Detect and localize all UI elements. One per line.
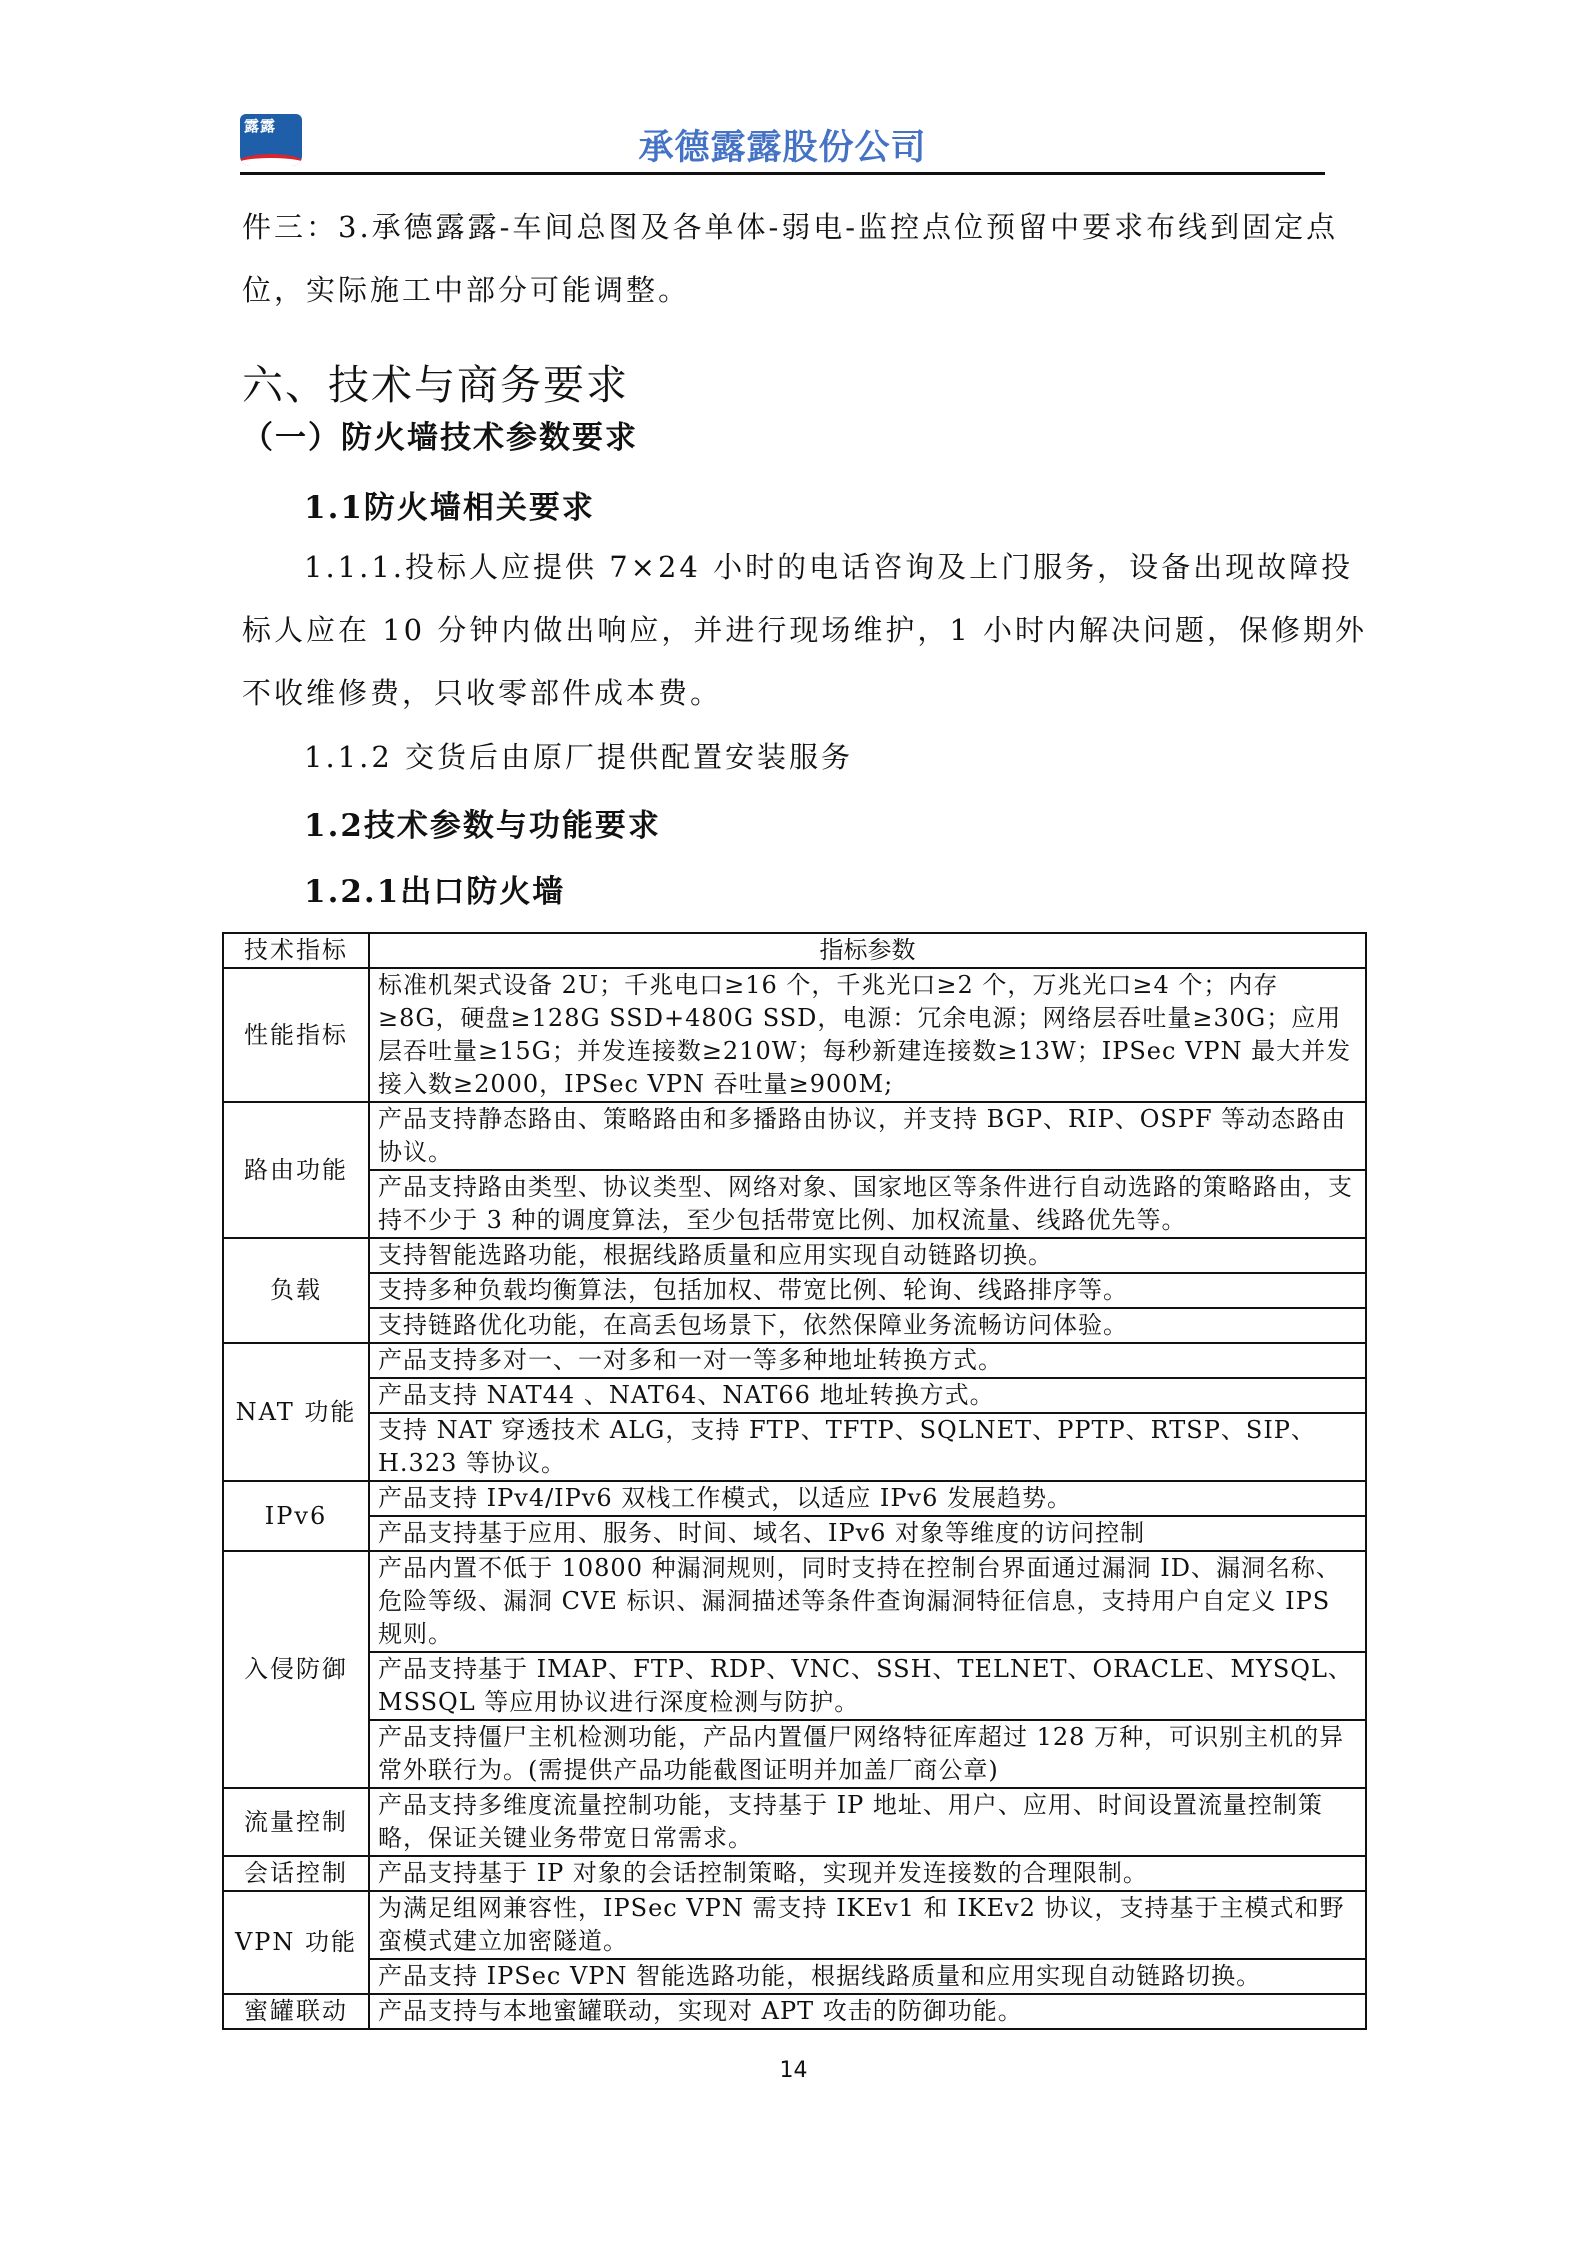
header-parameters: 指标参数 xyxy=(369,933,1366,968)
parameter-cell: 标准机架式设备 2U；千兆电口≥16 个，千兆光口≥2 个，万兆光口≥4 个；内… xyxy=(369,968,1366,1102)
parameter-cell: 产品支持 IPv4/IPv6 双栈工作模式，以适应 IPv6 发展趋势。 xyxy=(369,1481,1366,1516)
parameter-cell: 产品支持基于应用、服务、时间、域名、IPv6 对象等维度的访问控制 xyxy=(369,1516,1366,1551)
table-row: 产品支持基于应用、服务、时间、域名、IPv6 对象等维度的访问控制 xyxy=(223,1516,1366,1551)
category-cell: 蜜罐联动 xyxy=(223,1994,369,2029)
header-category: 技术指标 xyxy=(223,933,369,968)
category-cell: IPv6 xyxy=(223,1481,369,1551)
page-number: 14 xyxy=(0,2058,1587,2083)
category-cell: VPN 功能 xyxy=(223,1891,369,1994)
table-row: 产品支持路由类型、协议类型、网络对象、国家地区等条件进行自动选路的策略路由，支持… xyxy=(223,1170,1366,1238)
table-row: VPN 功能为满足组网兼容性，IPSec VPN 需支持 IKEv1 和 IKE… xyxy=(223,1891,1366,1959)
heading-1-2-1: 1.2.1出口防火墙 xyxy=(304,866,565,911)
table-header-row: 技术指标 指标参数 xyxy=(223,933,1366,968)
table-row: 产品支持僵尸主机检测功能，产品内置僵尸网络特征库超过 128 万种，可识别主机的… xyxy=(223,1720,1366,1788)
table-row: 负载支持智能选路功能，根据线路质量和应用实现自动链路切换。 xyxy=(223,1238,1366,1273)
table-row: 路由功能产品支持静态路由、策略路由和多播路由协议，并支持 BGP、RIP、OSP… xyxy=(223,1102,1366,1170)
parameter-cell: 产品支持基于 IP 对象的会话控制策略，实现并发连接数的合理限制。 xyxy=(369,1856,1366,1891)
parameter-cell: 产品支持多维度流量控制功能，支持基于 IP 地址、用户、应用、时间设置流量控制策… xyxy=(369,1788,1366,1856)
table-row: 支持多种负载均衡算法，包括加权、带宽比例、轮询、线路排序等。 xyxy=(223,1273,1366,1308)
parameter-cell: 产品支持僵尸主机检测功能，产品内置僵尸网络特征库超过 128 万种，可识别主机的… xyxy=(369,1720,1366,1788)
heading-1-2: 1.2技术参数与功能要求 xyxy=(304,800,661,845)
parameter-cell: 支持链路优化功能，在高丢包场景下，依然保障业务流畅访问体验。 xyxy=(369,1308,1366,1343)
parameter-cell: 支持 NAT 穿透技术 ALG，支持 FTP、TFTP、SQLNET、PPTP、… xyxy=(369,1413,1366,1481)
subsection-title: （一）防火墙技术参数要求 xyxy=(242,412,638,457)
table-row: 蜜罐联动产品支持与本地蜜罐联动，实现对 APT 攻击的防御功能。 xyxy=(223,1994,1366,2029)
page-header: 露露 承德露露股份公司 xyxy=(240,108,1325,174)
table-row: 会话控制产品支持基于 IP 对象的会话控制策略，实现并发连接数的合理限制。 xyxy=(223,1856,1366,1891)
category-cell: 流量控制 xyxy=(223,1788,369,1856)
parameter-cell: 产品支持基于 IMAP、FTP、RDP、VNC、SSH、TELNET、ORACL… xyxy=(369,1652,1366,1720)
category-cell: 性能指标 xyxy=(223,968,369,1102)
header-divider xyxy=(240,172,1325,175)
para-1-1-1-line-2: 标人应在 10 分钟内做出响应，并进行现场维护，1 小时内解决问题，保修期外 xyxy=(242,608,1367,652)
section-title: 六、技术与商务要求 xyxy=(242,352,629,411)
table-row: 产品支持 NAT44 、NAT64、NAT66 地址转换方式。 xyxy=(223,1378,1366,1413)
category-cell: NAT 功能 xyxy=(223,1343,369,1481)
table-row: 支持 NAT 穿透技术 ALG，支持 FTP、TFTP、SQLNET、PPTP、… xyxy=(223,1413,1366,1481)
parameter-cell: 产品支持静态路由、策略路由和多播路由协议，并支持 BGP、RIP、OSPF 等动… xyxy=(369,1102,1366,1170)
parameter-cell: 产品支持 NAT44 、NAT64、NAT66 地址转换方式。 xyxy=(369,1378,1366,1413)
intro-line-2: 位，实际施工中部分可能调整。 xyxy=(242,268,690,312)
category-cell: 会话控制 xyxy=(223,1856,369,1891)
table-row: 入侵防御产品内置不低于 10800 种漏洞规则，同时支持在控制台界面通过漏洞 I… xyxy=(223,1551,1366,1652)
parameter-cell: 产品支持 IPSec VPN 智能选路功能，根据线路质量和应用实现自动链路切换。 xyxy=(369,1959,1366,1994)
parameter-cell: 支持智能选路功能，根据线路质量和应用实现自动链路切换。 xyxy=(369,1238,1366,1273)
parameter-cell: 支持多种负载均衡算法，包括加权、带宽比例、轮询、线路排序等。 xyxy=(369,1273,1366,1308)
parameter-cell: 产品支持路由类型、协议类型、网络对象、国家地区等条件进行自动选路的策略路由，支持… xyxy=(369,1170,1366,1238)
company-name: 承德露露股份公司 xyxy=(240,120,1325,170)
parameter-cell: 为满足组网兼容性，IPSec VPN 需支持 IKEv1 和 IKEv2 协议，… xyxy=(369,1891,1366,1959)
parameter-cell: 产品支持多对一、一对多和一对一等多种地址转换方式。 xyxy=(369,1343,1366,1378)
table-row: NAT 功能产品支持多对一、一对多和一对一等多种地址转换方式。 xyxy=(223,1343,1366,1378)
table-row: IPv6产品支持 IPv4/IPv6 双栈工作模式，以适应 IPv6 发展趋势。 xyxy=(223,1481,1366,1516)
para-1-1-1-line-1: 1.1.1.投标人应提供 7×24 小时的电话咨询及上门服务，设备出现故障投 xyxy=(304,545,1353,589)
parameter-cell: 产品支持与本地蜜罐联动，实现对 APT 攻击的防御功能。 xyxy=(369,1994,1366,2029)
table-row: 支持链路优化功能，在高丢包场景下，依然保障业务流畅访问体验。 xyxy=(223,1308,1366,1343)
table-row: 产品支持基于 IMAP、FTP、RDP、VNC、SSH、TELNET、ORACL… xyxy=(223,1652,1366,1720)
table-row: 流量控制产品支持多维度流量控制功能，支持基于 IP 地址、用户、应用、时间设置流… xyxy=(223,1788,1366,1856)
table-row: 性能指标标准机架式设备 2U；千兆电口≥16 个，千兆光口≥2 个，万兆光口≥4… xyxy=(223,968,1366,1102)
para-1-1-2: 1.1.2 交货后由原厂提供配置安装服务 xyxy=(304,735,853,779)
intro-line-1: 件三：3.承德露露-车间总图及各单体-弱电-监控点位预留中要求布线到固定点 xyxy=(242,205,1338,249)
table-row: 产品支持 IPSec VPN 智能选路功能，根据线路质量和应用实现自动链路切换。 xyxy=(223,1959,1366,1994)
firewall-spec-table: 技术指标 指标参数 性能指标标准机架式设备 2U；千兆电口≥16 个，千兆光口≥… xyxy=(222,932,1367,2030)
heading-1-1: 1.1防火墙相关要求 xyxy=(304,482,595,527)
parameter-cell: 产品内置不低于 10800 种漏洞规则，同时支持在控制台界面通过漏洞 ID、漏洞… xyxy=(369,1551,1366,1652)
category-cell: 入侵防御 xyxy=(223,1551,369,1788)
category-cell: 负载 xyxy=(223,1238,369,1343)
para-1-1-1-line-3: 不收维修费，只收零部件成本费。 xyxy=(242,671,722,715)
category-cell: 路由功能 xyxy=(223,1102,369,1238)
